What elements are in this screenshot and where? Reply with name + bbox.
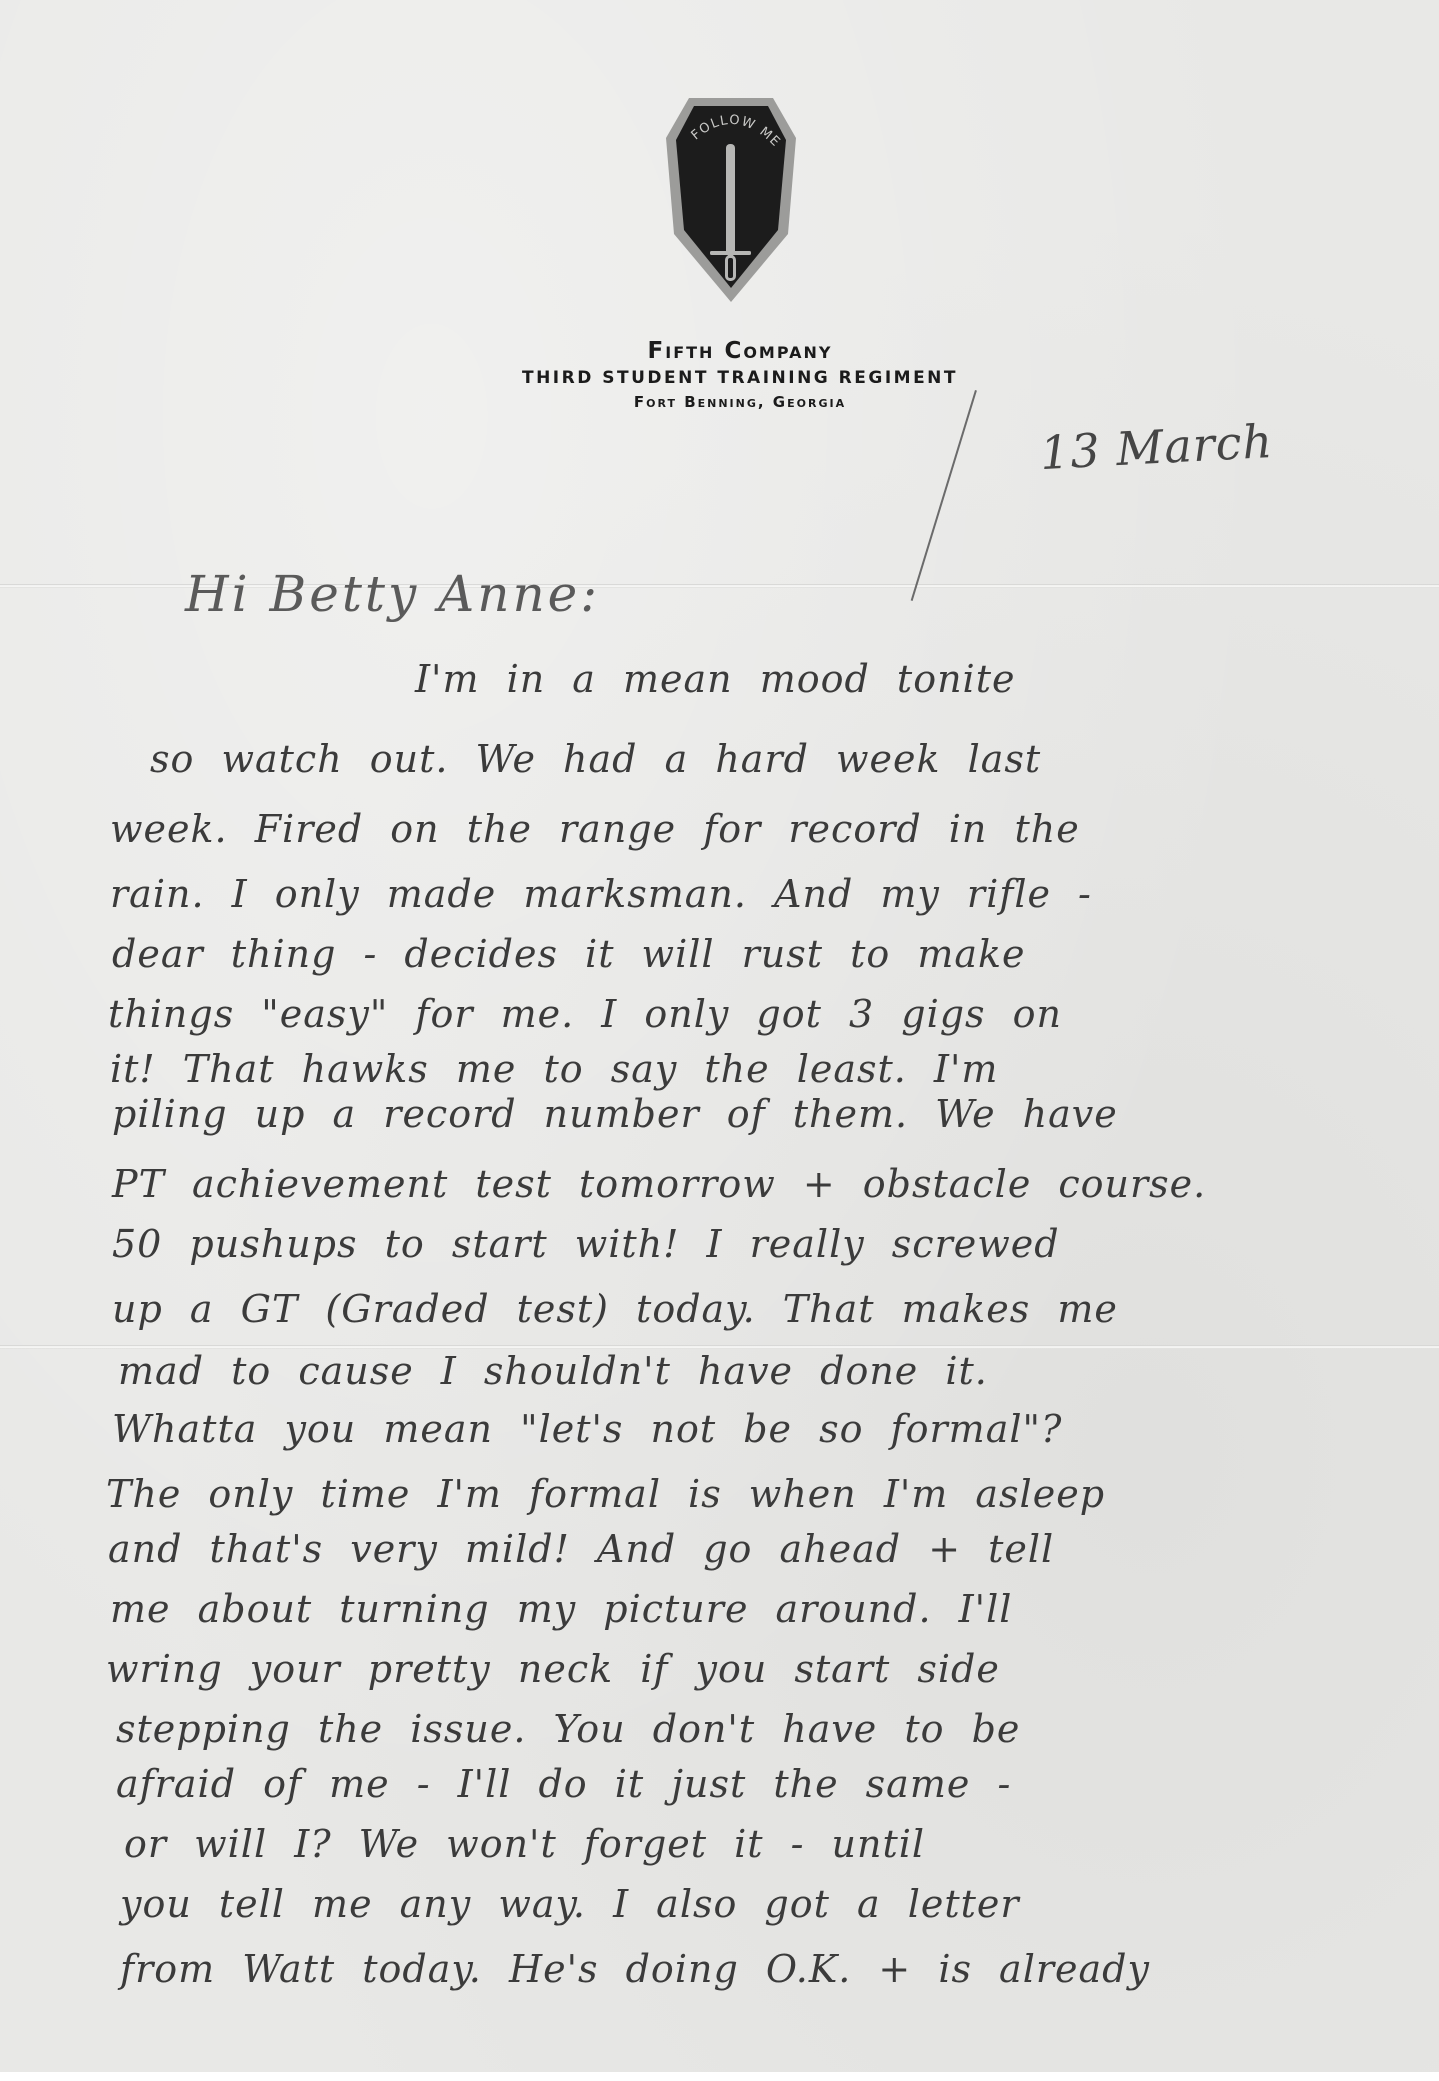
letter-date: 13 March: [1039, 414, 1275, 480]
letter-line: or will I? We won't forget it - until: [124, 1825, 925, 1863]
letter-line: me about turning my picture around. I'll: [110, 1590, 1012, 1628]
letterhead-location: Fort Benning, Georgia: [470, 390, 1010, 414]
letter-line: you tell me any way. I also got a letter: [120, 1885, 1020, 1923]
letter-line: afraid of me - I'll do it just the same …: [116, 1765, 1011, 1803]
letter-line: week. Fired on the range for record in t…: [110, 810, 1080, 848]
paper-bottom-edge: [0, 2072, 1439, 2081]
letter-line: rain. I only made marksman. And my rifle…: [110, 875, 1092, 913]
letterhead-company: Fifth Company: [470, 336, 1010, 366]
letter-line: and that's very mild! And go ahead + tel…: [108, 1530, 1054, 1568]
date-flourish-stroke: [911, 390, 977, 601]
letterhead-regiment: THIRD STUDENT TRAINING REGIMENT: [470, 366, 1010, 390]
letter-line: it! That hawks me to say the least. I'm: [110, 1050, 998, 1088]
letterhead: Fifth Company THIRD STUDENT TRAINING REG…: [470, 336, 1010, 414]
letter-page: FOLLOW ME Fifth Company THIRD STUDENT TR…: [0, 0, 1439, 2081]
letter-line: 50 pushups to start with! I really screw…: [112, 1225, 1060, 1263]
letter-line: piling up a record number of them. We ha…: [112, 1095, 1118, 1133]
infantry-emblem-icon: FOLLOW ME: [664, 94, 798, 304]
letter-greeting: Hi Betty Anne:: [185, 565, 600, 623]
letter-line: I'm in a mean mood tonite: [415, 660, 1015, 698]
letter-line: The only time I'm formal is when I'm asl…: [106, 1475, 1105, 1513]
letter-line: wring your pretty neck if you start side: [106, 1650, 1000, 1688]
letter-line: Whatta you mean "let's not be so formal"…: [112, 1410, 1062, 1448]
letter-line: things "easy" for me. I only got 3 gigs …: [108, 995, 1062, 1033]
letter-line: so watch out. We had a hard week last: [150, 740, 1041, 778]
letter-line: dear thing - decides it will rust to mak…: [112, 935, 1026, 973]
letter-line: up a GT (Graded test) today. That makes …: [112, 1290, 1118, 1328]
letter-line: mad to cause I shouldn't have done it.: [118, 1352, 988, 1390]
letter-line: stepping the issue. You don't have to be: [116, 1710, 1020, 1748]
letter-line: PT achievement test tomorrow + obstacle …: [112, 1165, 1206, 1203]
letter-line: from Watt today. He's doing O.K. + is al…: [120, 1950, 1150, 1988]
